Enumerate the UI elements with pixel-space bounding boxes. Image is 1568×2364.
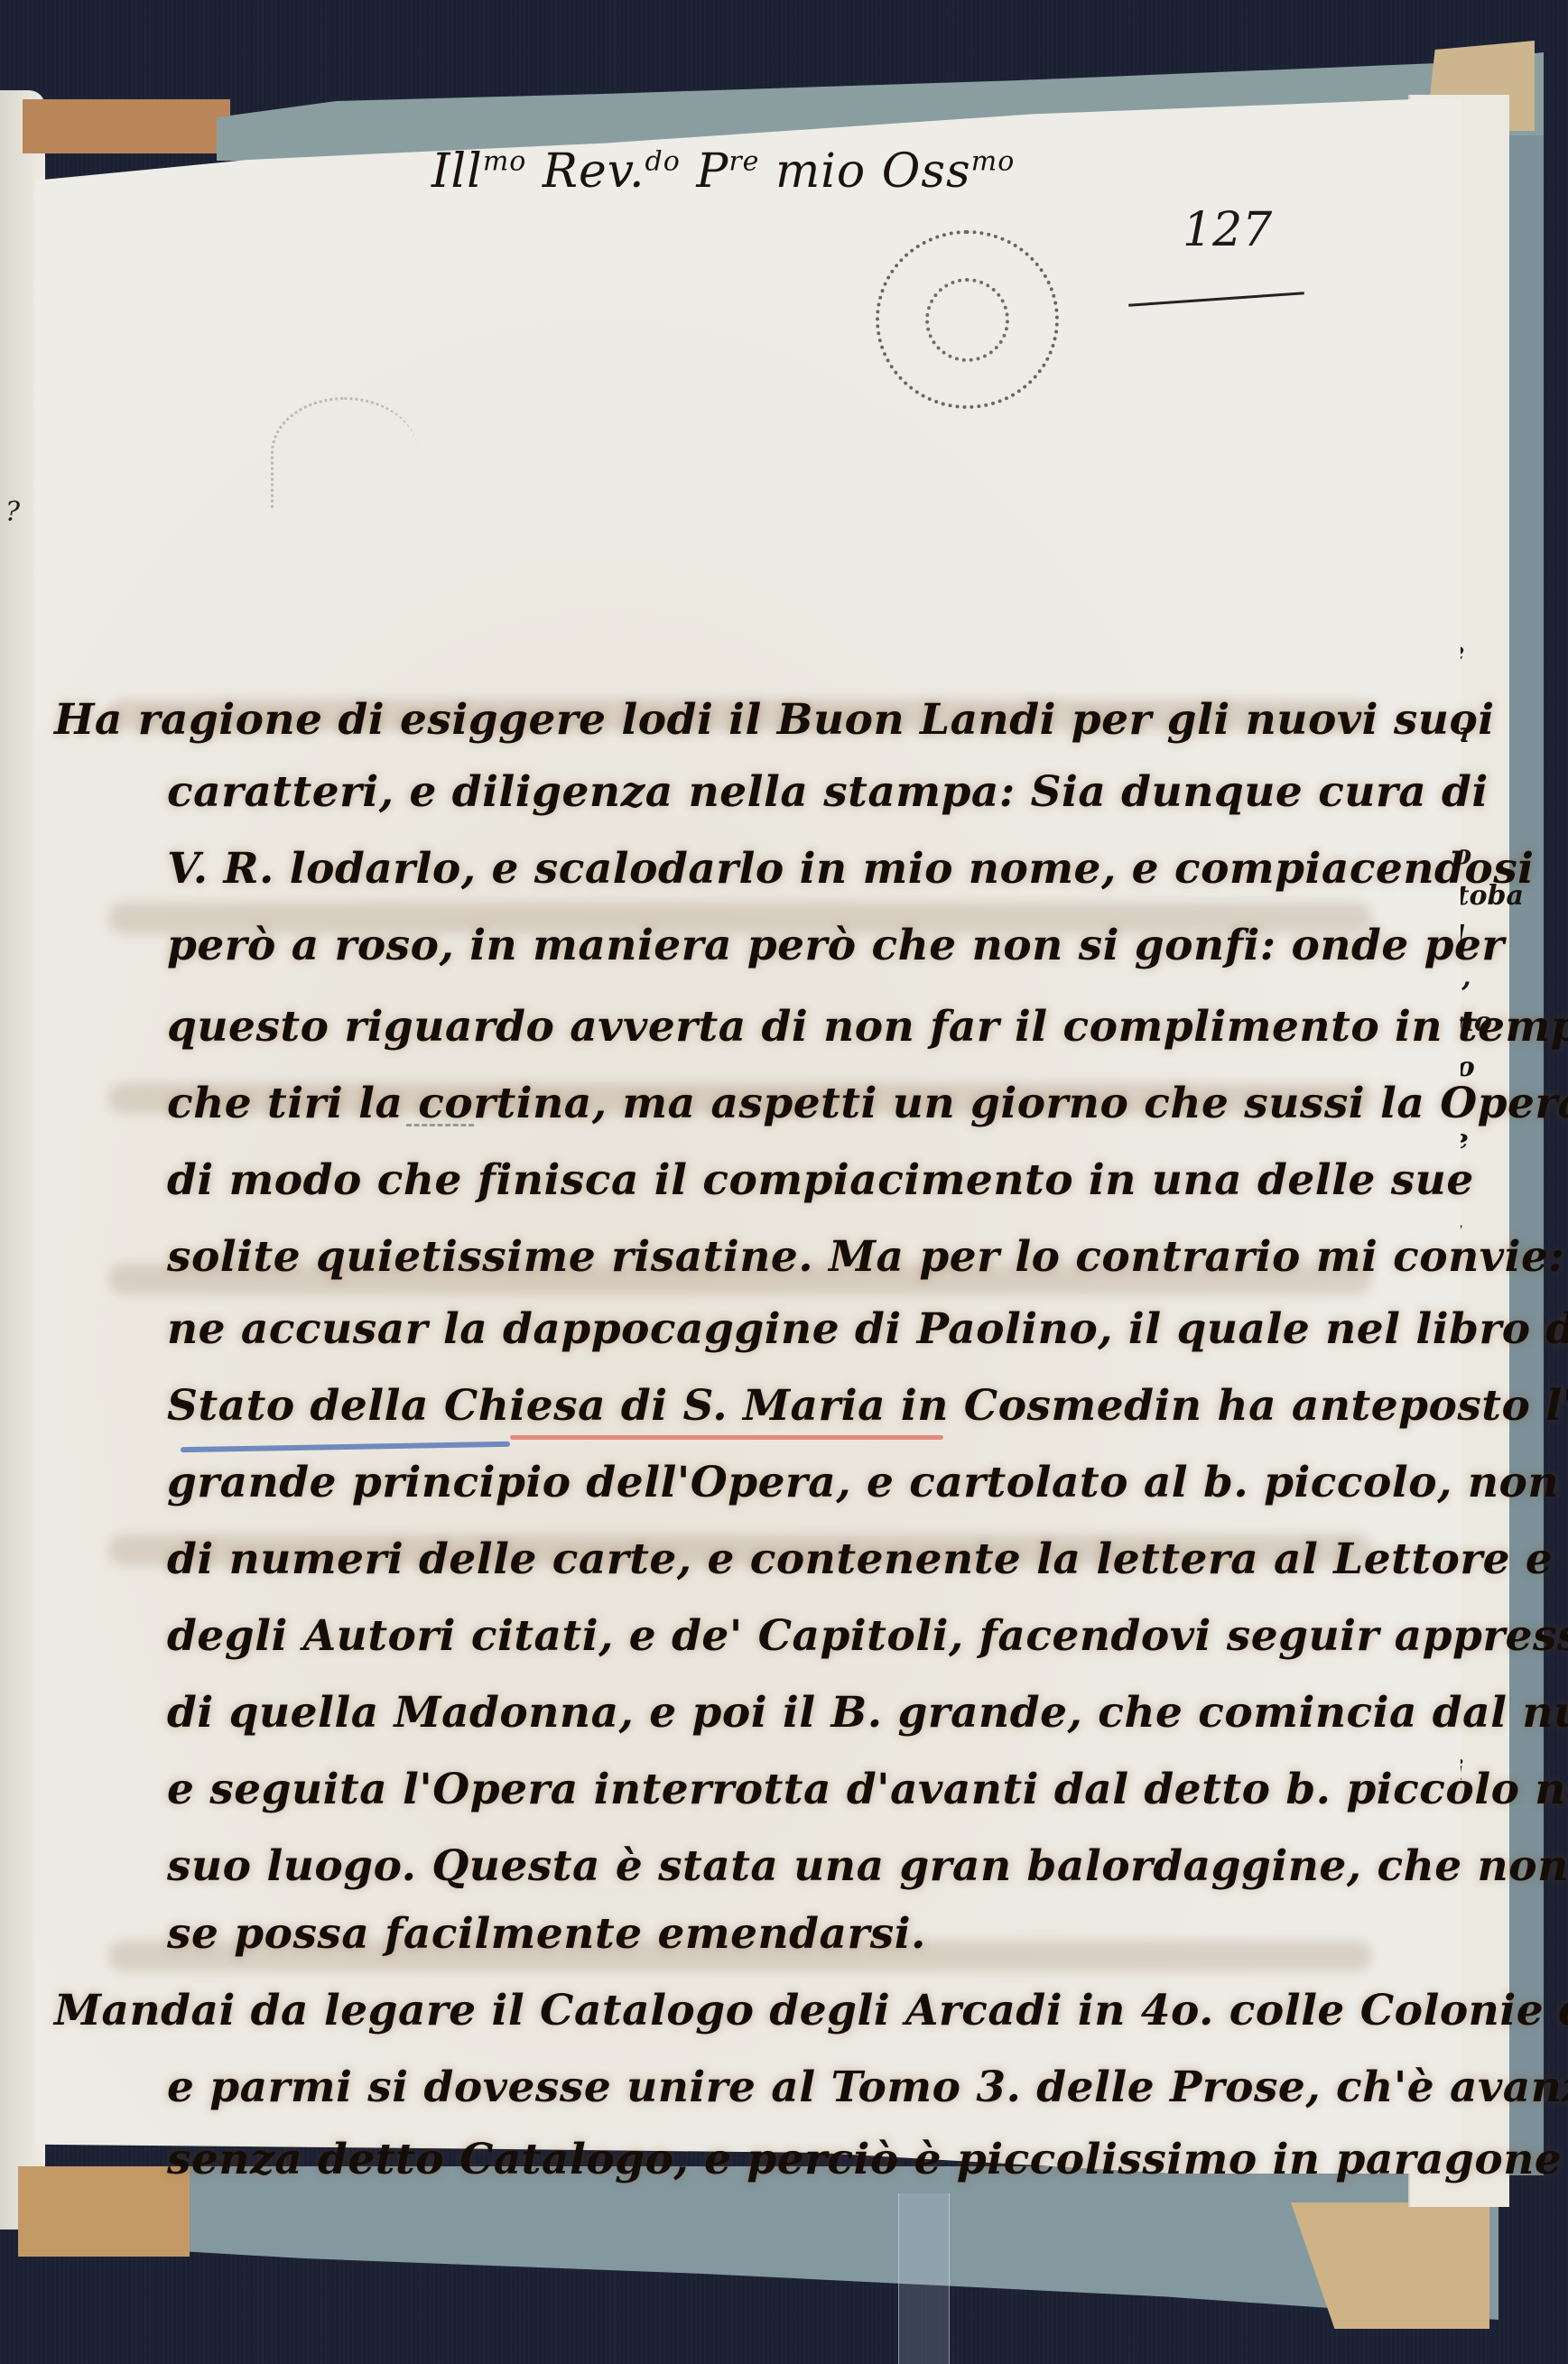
letter-line: e seguita l'Opera interrotta d'avanti da…: [167, 1765, 1568, 1814]
letter-line: Ha ragione di esiggere lodi il Buon Land…: [54, 695, 1495, 745]
letter-line: suo luogo. Questa è stata una gran balor…: [167, 1841, 1568, 1891]
letter-line: solite quietissime risatine. Ma per lo c…: [167, 1232, 1564, 1282]
salutation-text: Ill: [431, 144, 483, 199]
tan-corner-bottom-right: [1291, 2202, 1489, 2329]
letter-line: degli Autori citati, e de' Capitoli, fac…: [167, 1611, 1568, 1661]
tan-corner-bottom-left: [18, 2166, 190, 2257]
grey-pencil-mark: [406, 1124, 474, 1134]
archive-seal-stamp-icon: [876, 230, 1059, 409]
letter-line: però a roso, in maniera però che non si …: [167, 921, 1505, 970]
letter-line: che tiri la cortina, ma aspetti un giorn…: [167, 1079, 1568, 1128]
letter-line: caratteri, e diligenza nella stampa: Sia…: [167, 767, 1489, 817]
letter-line: di quella Madonna, e poi il B. grande, c…: [167, 1688, 1568, 1738]
salutation: Illmo Rev.do Pre mio Ossmo: [431, 144, 1015, 199]
letter-line: e parmi si dovesse unire al Tomo 3. dell…: [167, 2063, 1568, 2112]
letter-line: ne accusar la dappocaggine di Paolino, i…: [167, 1304, 1568, 1354]
letter-line: di modo che finisca il compiacimento in …: [167, 1155, 1474, 1205]
folio-number: 127: [1183, 203, 1272, 257]
letter-line: Stato della Chiesa di S. Maria in Cosmed…: [167, 1381, 1568, 1431]
salutation-superscript: mo: [971, 146, 1016, 178]
letter-line: di numeri delle carte, e contenente la l…: [167, 1534, 1568, 1584]
salutation-text: Rev.: [526, 144, 645, 199]
salutation-superscript: mo: [483, 146, 527, 178]
letter-line: Mandai da legare il Catalogo degli Arcad…: [54, 1986, 1568, 2035]
letter-line: senza detto Catalogo, e perciò è piccoli…: [167, 2135, 1568, 2184]
salutation-text: mio Oss: [759, 144, 970, 199]
tan-corner-top-left: [23, 99, 230, 153]
salutation-superscript: re: [728, 146, 759, 178]
letter-line: questo riguardo avverta di non far il co…: [167, 1002, 1568, 1052]
blue-mount-board-bottom: [172, 2166, 1498, 2320]
red-pencil-underline: [510, 1435, 943, 1440]
left-page-fragment: ?: [5, 496, 20, 528]
letter-line: grande principio dell'Opera, e cartolato…: [167, 1458, 1568, 1507]
letter-line: V. R. lodarlo, e scalodarlo in mio nome,…: [167, 844, 1535, 894]
transparent-tape-strip: [898, 2193, 950, 2364]
salutation-text: P: [681, 144, 729, 199]
stamp-emblem-icon: [925, 278, 1009, 362]
letter-line: se possa facilmente emendarsi.: [167, 1909, 926, 1959]
faint-stamp-impression: [271, 397, 418, 508]
salutation-superscript: do: [645, 146, 681, 178]
